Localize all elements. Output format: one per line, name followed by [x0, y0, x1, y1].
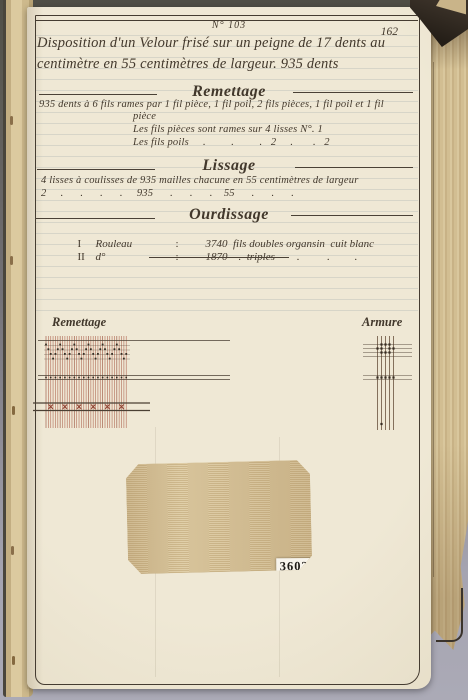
row-numeral: II — [78, 251, 96, 263]
remettage-text-3: Les fils pièces sont rames sur 4 lisses … — [133, 124, 323, 135]
title-line-2: centimètre en 55 centimètres de largeur.… — [37, 54, 429, 75]
heading-rule — [39, 94, 157, 95]
record-number: N° 103 — [27, 20, 431, 31]
heading-rule — [293, 92, 413, 93]
photographed-book-page: N° 103 162 Disposition d'un Velour frisé… — [0, 0, 468, 700]
title-line-1: Disposition d'un Velour frisé sur un pei… — [37, 33, 429, 54]
page-border-frame — [35, 15, 420, 685]
lissage-text-2: 2 . . . . 935 . . . 55 . . . — [41, 188, 294, 199]
lissage-text-1: 4 lisses à coulisses de 935 mailles chac… — [41, 175, 358, 186]
remettage-text-2: pièce — [133, 111, 156, 122]
heading-rule — [37, 169, 155, 170]
heading-rule — [35, 218, 155, 219]
binding-stitches — [10, 116, 13, 125]
heading-rule — [291, 215, 413, 216]
underlying-page-edge — [433, 62, 434, 577]
remettage-text-1: 935 dents à 6 fils rames par 1 fil pièce… — [39, 99, 384, 110]
section-end-rule — [149, 257, 289, 258]
remettage-text-4: Les fils poils . . . 2 . . 2 — [133, 137, 330, 148]
draft-label-remettage: Remettage — [52, 315, 106, 330]
draft-label-armure: Armure — [362, 315, 402, 330]
section-heading-lissage: Lissage — [27, 157, 431, 175]
fabric-swatch: 3603 — [126, 460, 313, 574]
record-title: Disposition d'un Velour frisé sur un pei… — [37, 33, 429, 75]
next-page-frame-corner — [436, 588, 463, 642]
heading-rule — [295, 167, 413, 168]
manuscript-page: N° 103 162 Disposition d'un Velour frisé… — [27, 7, 431, 689]
